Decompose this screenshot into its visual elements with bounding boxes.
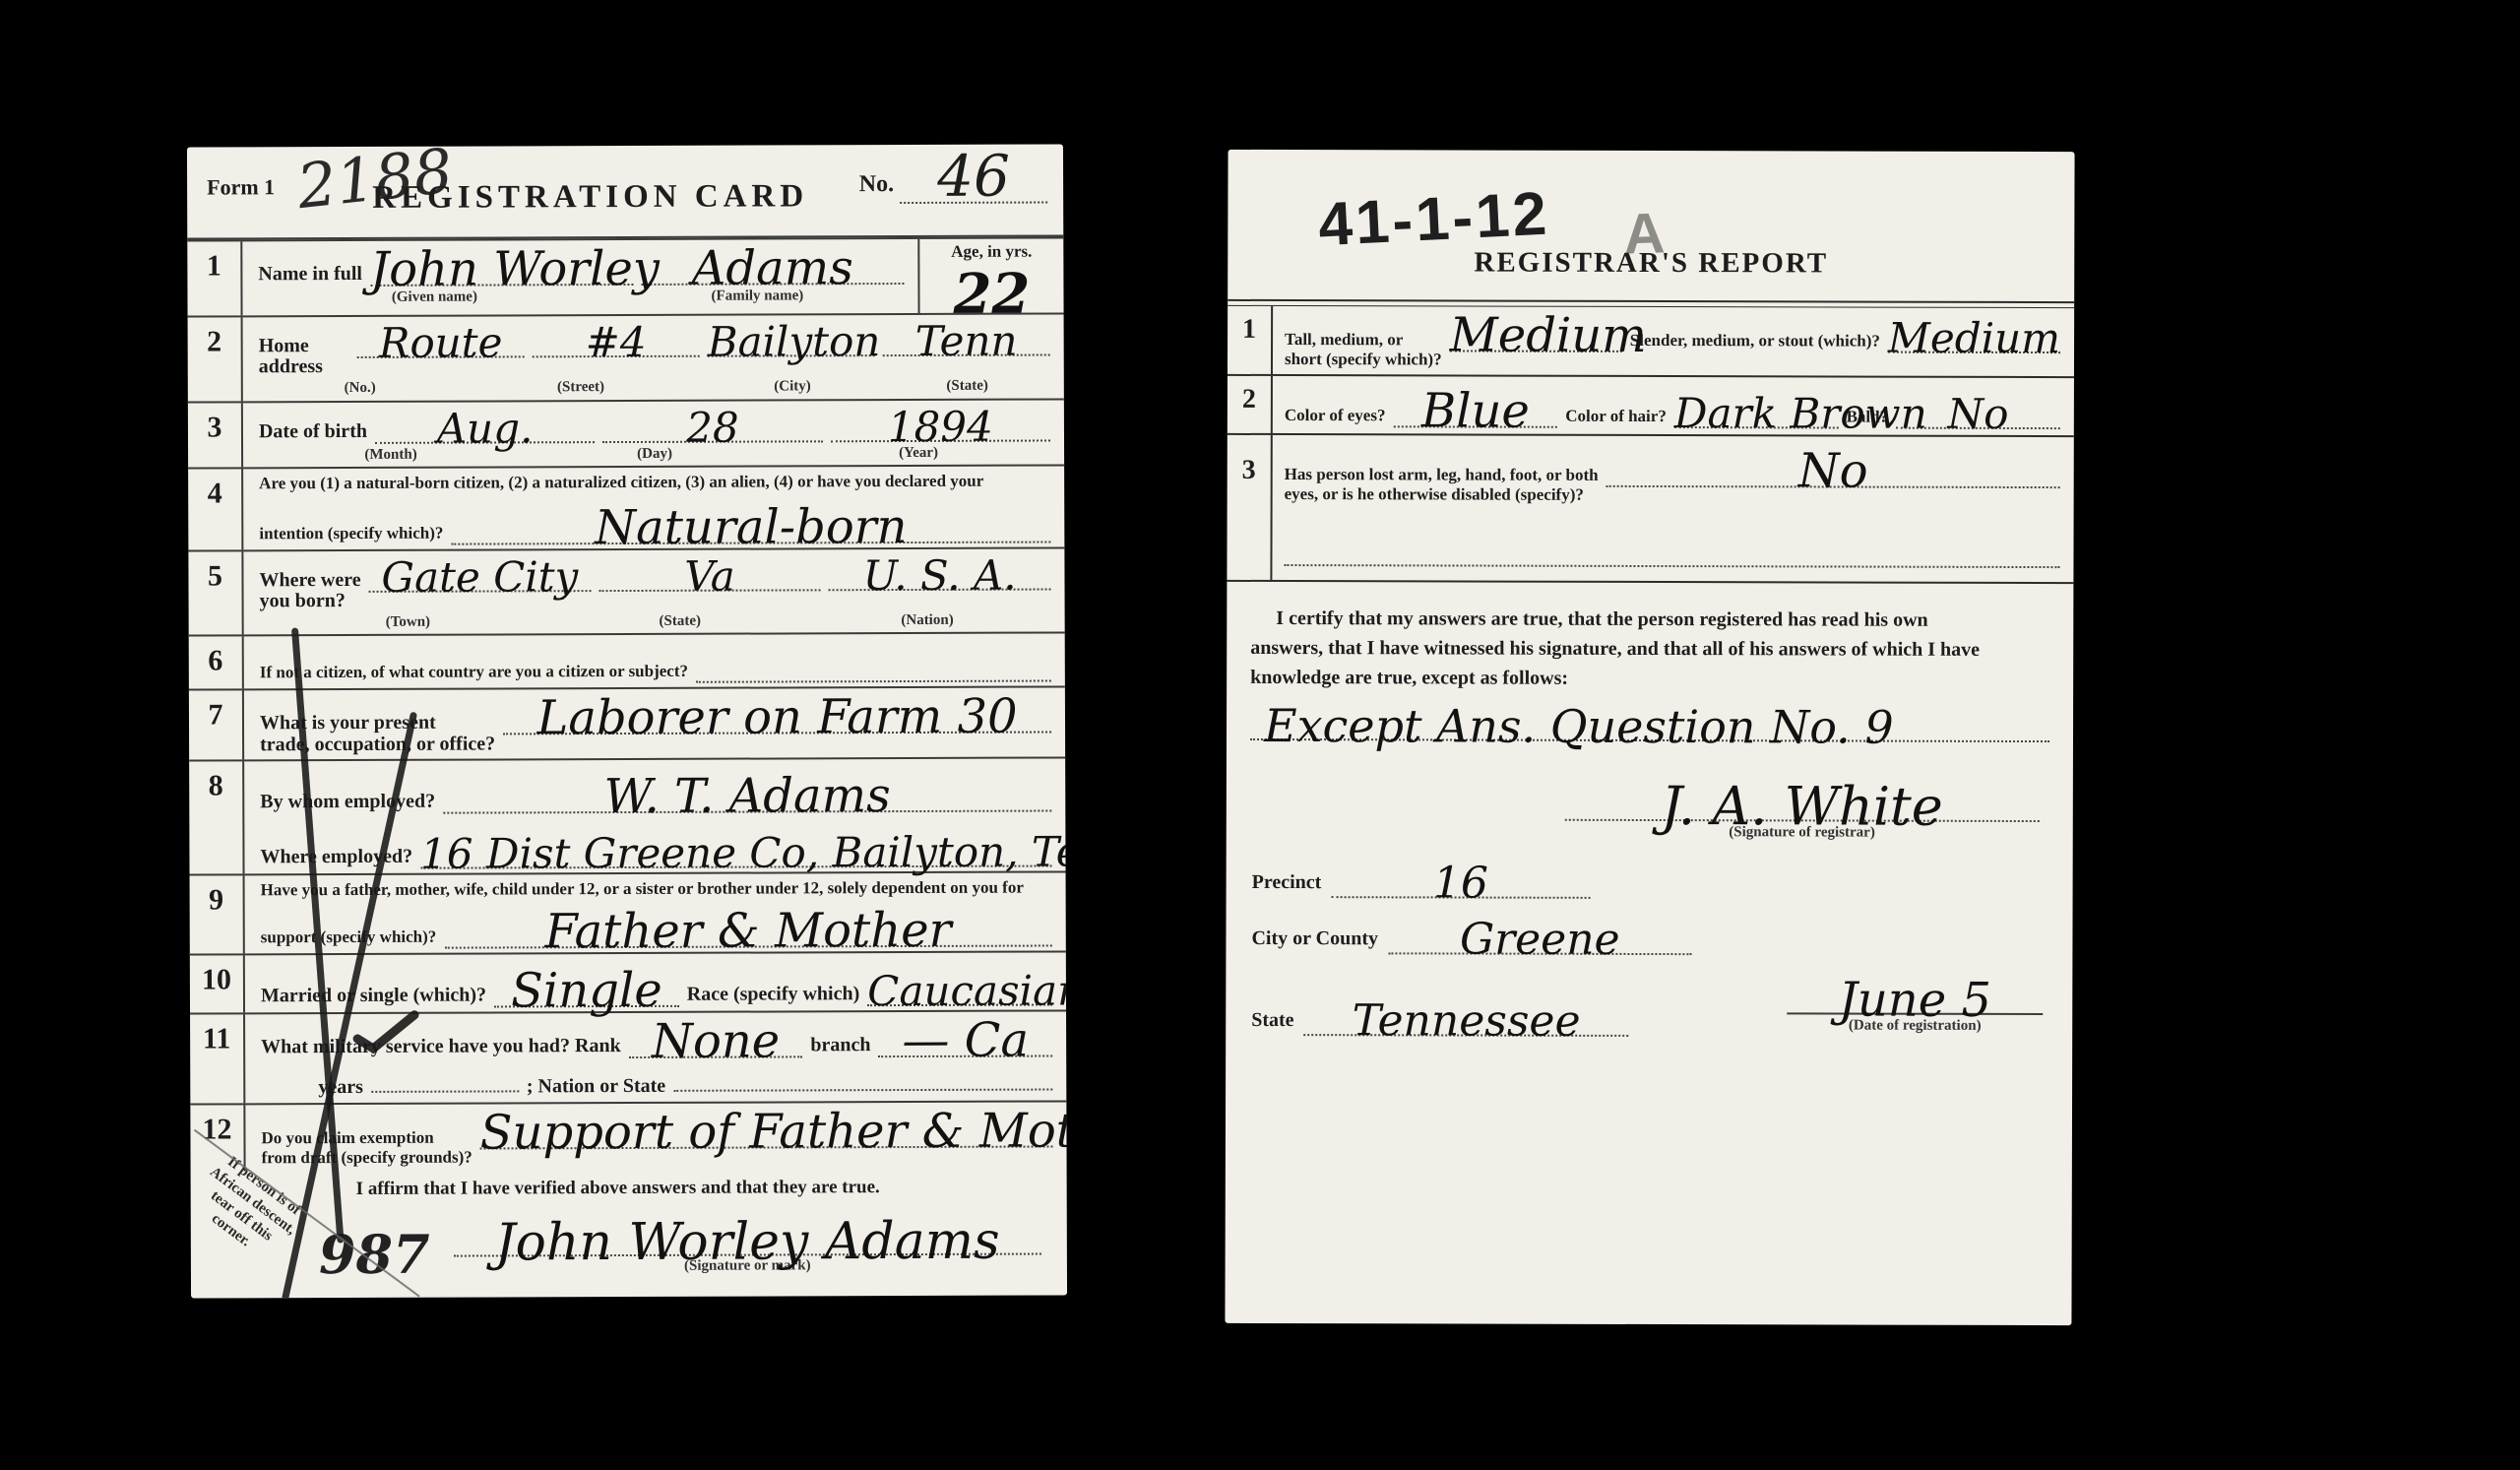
build-answer-line: Medium (1888, 316, 2060, 353)
certify-text-line3: knowledge are true, except as follows: (1227, 663, 2073, 694)
dependents-question-line1: Have you a father, mother, wife, child u… (261, 877, 1052, 901)
occupation-label: What is your present trade, occupation, … (260, 712, 495, 756)
precinct-row: Precinct 16 (1227, 860, 1591, 899)
eyes-answer: Blue (1421, 392, 1530, 431)
occupation-answer: Laborer on Farm 30 (536, 698, 1017, 738)
signature-row: 987 John Worley Adams (Signature or mark… (191, 1201, 1067, 1279)
row-dependents: 9 Have you a father, mother, wife, child… (190, 871, 1066, 954)
row-number: 4 (188, 470, 243, 549)
foreign-citizenship-answer-line (696, 663, 1051, 683)
registrar-signature-line: J. A. White (1565, 775, 2040, 822)
employer-answer: W. T. Adams (604, 777, 891, 816)
military-label: What military service have you had? Rank (261, 1034, 621, 1058)
registration-date-line: June 5 (1787, 974, 2043, 1016)
address-state-value: Tenn (915, 325, 1018, 359)
county-row: City or County Greene (1226, 916, 1691, 955)
row-eyes-hair: 2 Color of eyes? Blue Color of hair? Dar… (1228, 376, 2074, 437)
registration-date-value: June 5 (1839, 982, 1991, 1021)
employer-answer-line: W. T. Adams (443, 771, 1051, 814)
marital-answer: Single (511, 972, 662, 1011)
card-number-label: No. (859, 172, 894, 196)
row-birthplace: 5 Where were you born? Gate City Va U. S… (188, 546, 1064, 635)
address-city-sub: (City) (701, 378, 885, 395)
military-nation-label: ; Nation or State (527, 1074, 665, 1098)
row-number: 7 (189, 690, 244, 759)
race-answer: Caucasian (867, 975, 1067, 1009)
race-label: Race (specify which) (687, 983, 860, 1007)
county-value: Greene (1460, 923, 1620, 959)
given-name-line: John Worley (370, 244, 633, 287)
address-state-sub: (State) (885, 378, 1050, 395)
exception-answer: Except Ans. Question No. 9 (1264, 708, 1894, 746)
row-number: 8 (189, 761, 244, 873)
exception-row: Except Ans. Question No. 9 (1227, 698, 2073, 742)
age-box: Age, in yrs. 22 (917, 238, 1063, 313)
birthplace-state-value: Va (684, 559, 735, 594)
row-number: 9 (190, 875, 245, 953)
home-address-label: Home address (259, 336, 349, 377)
state-date-row: State Tennessee June 5 (Date of registra… (1226, 972, 2072, 1038)
registrant-signature-line: John Worley Adams (453, 1211, 1040, 1257)
disability-answer-line: No (1606, 446, 2060, 488)
row-number: 1 (187, 241, 242, 316)
birthplace-nation-sub: (Nation) (803, 611, 1050, 628)
row-number: 1 (1228, 306, 1273, 374)
registrars-report-title: REGISTRAR'S REPORT (1474, 249, 1828, 279)
registrars-report-card: 41-1-12 A REGISTRAR'S REPORT 1 Tall, med… (1225, 150, 2074, 1325)
form-number-label: Form 1 (207, 176, 275, 198)
stamp-41-1-12: 41-1-12 (1317, 184, 1550, 257)
row-build: 1 Tall, medium, or short (specify which)… (1228, 306, 2074, 378)
row-foreign-citizenship: 6 If not a citizen, of what country are … (189, 632, 1065, 689)
hair-label: Color of hair? (1565, 406, 1667, 427)
row-employer: 8 By whom employed? W. T. Adams Where em… (189, 757, 1065, 874)
occupation-answer-line: Laborer on Farm 30 (503, 692, 1051, 735)
foreign-citizenship-label: If not a citizen, of what country are yo… (260, 661, 688, 683)
birthplace-state-line: Va (598, 553, 821, 592)
row-number: 5 (188, 551, 243, 635)
row-number: 2 (1228, 376, 1273, 433)
military-branch-label: branch (810, 1034, 870, 1057)
state-label: State (1251, 1010, 1293, 1036)
state-line: Tennessee (1304, 997, 1629, 1037)
certify-text-line1: I certify that my answers are true, that… (1227, 604, 2073, 635)
dependents-answer: Father & Mother (544, 912, 951, 952)
county-line: Greene (1388, 917, 1692, 956)
hair-answer: Dark Brown (1674, 397, 1927, 431)
military-nation-line (673, 1089, 1052, 1092)
military-rank-answer: None (652, 1023, 780, 1062)
registration-date-block: June 5 (Date of registration) (1787, 974, 2043, 1038)
employer-label: By whom employed? (260, 790, 435, 814)
birthplace-nation-value: U. S. A. (863, 558, 1017, 593)
row-number: 3 (1227, 435, 1272, 580)
registration-card: Form 1 2188 REGISTRATION CARD No. 46 1 N… (187, 144, 1067, 1298)
row-military-service: 11 What military service have you had? R… (190, 1010, 1066, 1104)
precinct-label: Precinct (1252, 872, 1322, 898)
exemption-answer-line: Support of Father & Mother (480, 1107, 1053, 1150)
birthplace-nation-line: U. S. A. (829, 552, 1051, 591)
military-branch-line: — Ca (878, 1016, 1052, 1058)
dob-year-line: 1894 (831, 404, 1050, 442)
exemption-label: Do you claim exemption from draft (speci… (261, 1128, 472, 1168)
address-city-line: Bailyton (708, 320, 875, 358)
citizenship-answer: Natural-born (595, 508, 908, 547)
family-name-line: Adams (641, 243, 904, 286)
employed-where-answer: 16 Dist Greene Co, Bailyton, Tenn (420, 835, 1067, 871)
row-occupation: 7 What is your present trade, occupation… (189, 686, 1065, 760)
military-branch-answer: — Ca (902, 1022, 1029, 1061)
certify-text-line2: answers, that I have witnessed his signa… (1227, 633, 2073, 665)
military-years-label: years (318, 1075, 363, 1099)
address-street-sub: (Street) (461, 379, 700, 396)
county-label: City or County (1251, 928, 1378, 954)
marital-answer-line: Single (494, 966, 679, 1008)
address-no-line: Route (357, 321, 525, 359)
marital-label: Married or single (which)? (261, 984, 486, 1008)
affirmation-statement: I affirm that I have verified above answ… (191, 1169, 1067, 1204)
age-label: Age, in yrs. (919, 242, 1063, 260)
dob-month-value: Aug. (437, 412, 534, 446)
row-number: 10 (190, 956, 245, 1013)
build-label: Slender, medium, or stout (which)? (1630, 330, 1880, 352)
stamp-number: 987 (319, 1230, 430, 1278)
age-value: 22 (953, 270, 1030, 320)
row-number: 2 (188, 318, 243, 402)
exception-line: Except Ans. Question No. 9 (1250, 700, 2049, 742)
military-rank-line: None (629, 1017, 803, 1059)
card-number-value: 46 (900, 151, 1047, 205)
citizenship-answer-line: Natural-born (451, 501, 1050, 544)
address-no-sub: (No.) (259, 380, 462, 397)
bald-answer: No (1947, 398, 2008, 432)
registrar-signature: J. A. White (1661, 785, 1942, 829)
disability-label: Has person lost arm, leg, hand, foot, or… (1285, 465, 1599, 506)
given-name-value: John Worley (370, 250, 660, 289)
dob-day-value: 28 (686, 411, 739, 445)
registration-card-header: Form 1 2188 REGISTRATION CARD No. 46 (187, 144, 1063, 239)
exemption-answer: Support of Father & Mother (480, 1113, 1067, 1154)
row-name: 1 Name in full John Worley Adams (Given … (187, 236, 1063, 315)
name-label: Name in full (258, 262, 362, 286)
row-number: 11 (190, 1015, 245, 1104)
registrar-signature-block: J. A. White (Signature of registrar) (1565, 775, 2040, 845)
registration-card-title: REGISTRATION CARD (372, 180, 808, 215)
address-no-value: Route (379, 327, 503, 361)
state-value: Tennessee (1353, 1003, 1581, 1040)
eyes-answer-line: Blue (1393, 386, 1557, 427)
citizenship-question-line2: intention (specify which)? (259, 522, 443, 543)
card-number-group: No. 46 (859, 151, 1048, 205)
height-answer-line: Medium (1450, 310, 1622, 352)
height-answer: Medium (1450, 316, 1647, 355)
hair-answer-line: Dark Brown (1674, 391, 1839, 428)
row-disability: 3 Has person lost arm, leg, hand, foot, … (1227, 435, 2073, 584)
birthplace-town-sub: (Town) (260, 613, 557, 631)
address-street-line: #4 (533, 320, 700, 358)
employed-where-label: Where employed? (260, 845, 412, 869)
dob-day-sub: (Day) (523, 445, 787, 462)
address-street-value: #4 (586, 326, 647, 360)
dob-label: Date of birth (259, 419, 367, 443)
height-label: Tall, medium, or short (specify which)? (1285, 330, 1442, 369)
dependents-question-line2: support (specify which)? (261, 927, 437, 948)
disability-answer: No (1798, 452, 1868, 491)
birthplace-town-value: Gate City (381, 560, 578, 595)
dob-day-line: 28 (602, 405, 822, 443)
military-years-line (371, 1091, 519, 1094)
row-citizenship: 4 Are you (1) a natural-born citizen, (2… (188, 465, 1064, 549)
family-name-value: Adams (692, 249, 853, 288)
precinct-value: 16 (1433, 866, 1488, 902)
eyes-label: Color of eyes? (1285, 405, 1386, 426)
birthplace-label: Where were you born? (259, 570, 360, 611)
row-marital-race: 10 Married or single (which)? Single Rac… (190, 951, 1066, 1013)
row-number: 3 (188, 403, 243, 468)
address-city-value: Bailyton (708, 325, 881, 359)
precinct-line: 16 (1331, 861, 1590, 900)
row-exemption: 12 Do you claim exemption from draft (sp… (190, 1101, 1066, 1172)
employed-where-answer-line: 16 Dist Greene Co, Bailyton, Tenn (420, 830, 1052, 869)
race-answer-line: Caucasian (867, 969, 1052, 1007)
registrant-signature: John Worley Adams (495, 1221, 1000, 1264)
citizenship-question-line1: Are you (1) a natural-born citizen, (2) … (259, 471, 1050, 494)
blank-answer-line (1284, 529, 2059, 568)
birthplace-town-line: Gate City (369, 554, 592, 593)
dob-month-line: Aug. (375, 406, 595, 444)
row-number: 6 (189, 636, 244, 688)
build-answer: Medium (1888, 322, 2060, 356)
dependents-answer-line: Father & Mother (444, 906, 1052, 949)
dob-year-value: 1894 (888, 411, 993, 445)
row-date-of-birth: 3 Date of birth Aug. 28 1894 (Month) (Da… (188, 398, 1064, 468)
row-home-address: 2 Home address Route #4 Bailyton Tenn (N… (188, 313, 1064, 402)
birthplace-state-sub: (State) (556, 612, 803, 629)
registrars-report-header: 41-1-12 A REGISTRAR'S REPORT (1228, 150, 2074, 301)
